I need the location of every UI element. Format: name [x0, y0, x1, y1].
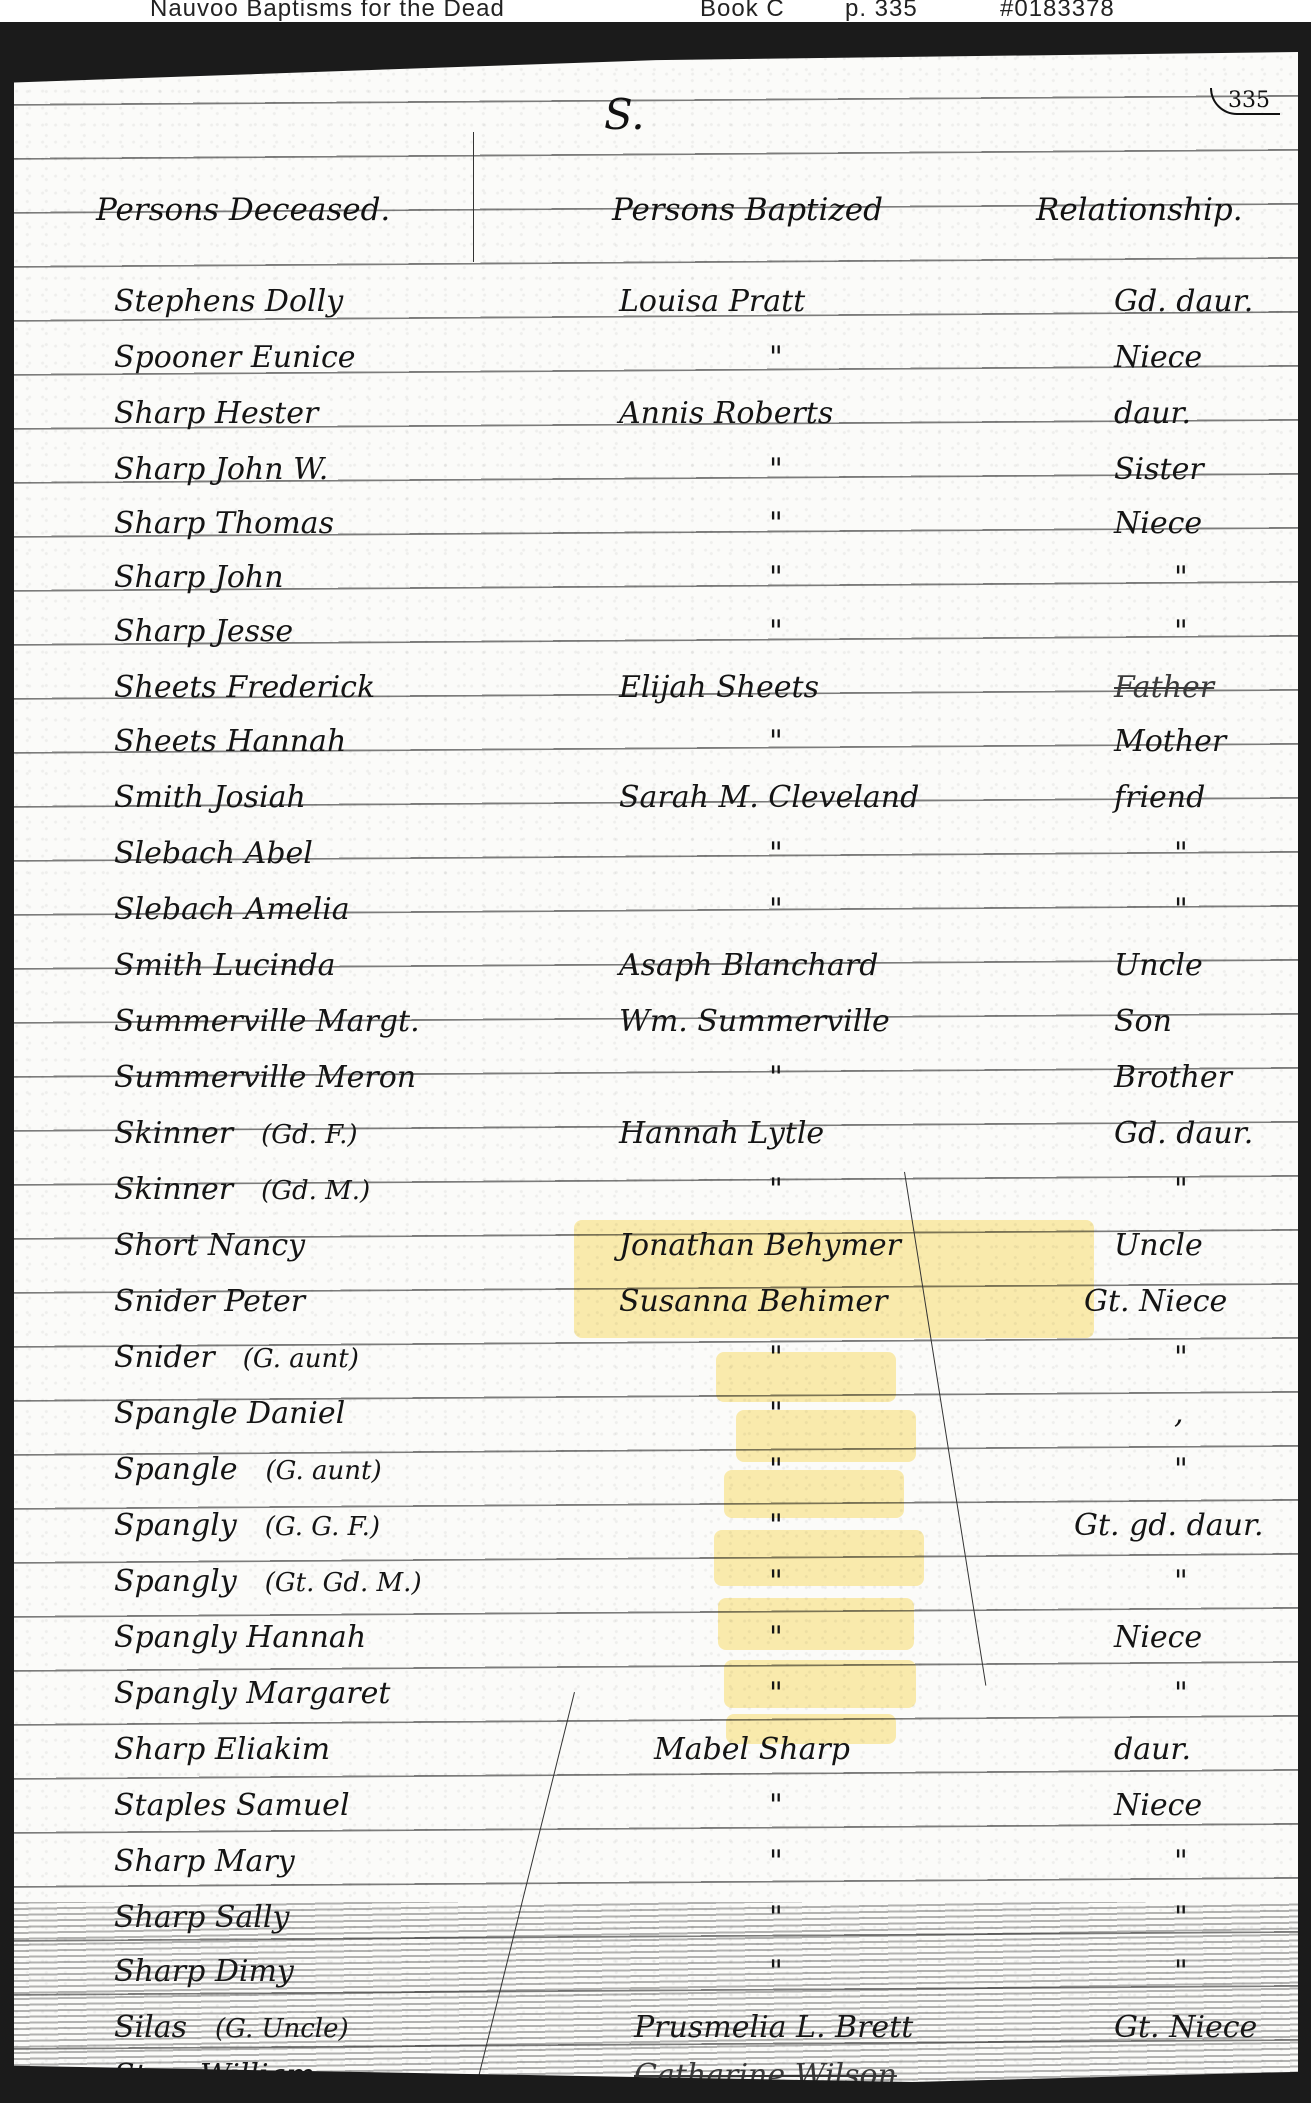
- deceased-name: Spangly(G. G. F.): [114, 1500, 380, 1553]
- baptized-name: ": [769, 1836, 783, 1888]
- ledger-row: Snider Peter Susanna Behimer Gt. Niece: [14, 1276, 1298, 1328]
- ledger-row: Sharp John " ": [14, 552, 1298, 604]
- deceased-name: Sharp John W.: [114, 444, 328, 496]
- baptized-name: ": [769, 1444, 783, 1496]
- deceased-name: Spangle Daniel: [114, 1388, 345, 1440]
- baptized-name: ": [769, 552, 783, 604]
- ledger-row: Slebach Abel " ": [14, 828, 1298, 880]
- ledger-row: Spangly(G. G. F.) " Gt. gd. daur.: [14, 1500, 1298, 1552]
- ledger-row: Skinner(Gd. F.) Hannah Lytle Gd. daur.: [14, 1108, 1298, 1160]
- baptized-name: Annis Roberts: [619, 388, 833, 440]
- baptized-name: ": [769, 498, 783, 550]
- relationship: daur.: [1114, 388, 1191, 440]
- ledger-row: Spangle Daniel " ,: [14, 1388, 1298, 1440]
- baptized-name: ": [769, 1164, 783, 1216]
- deceased-name: Spangle(G. aunt): [114, 1444, 382, 1497]
- relationship: Brother: [1114, 1052, 1232, 1104]
- relationship: ": [1174, 1946, 1188, 1998]
- ledger-row: Slebach Amelia " ": [14, 884, 1298, 936]
- ledger-row: Spangly Margaret " ": [14, 1668, 1298, 1720]
- ledger-row: Sharp Jesse " ": [14, 606, 1298, 658]
- baptized-name: ": [769, 444, 783, 496]
- deceased-name: Smith Lucinda: [114, 940, 336, 992]
- relationship: ": [1174, 1892, 1188, 1944]
- deceased-note: (Gt. Gd. M.): [265, 1568, 422, 1598]
- deceased-name: Silas(G. Uncle): [114, 2002, 349, 2055]
- deceased-name: Sharp Thomas: [114, 498, 334, 550]
- deceased-name: Sharp Jesse: [114, 606, 293, 658]
- relationship: Father: [1114, 662, 1214, 714]
- ledger-row: Spooner Eunice " Niece: [14, 332, 1298, 384]
- deceased-name: Sharp Eliakim: [114, 1724, 330, 1776]
- ledger-row: Sharp Dimy " ": [14, 1946, 1298, 1998]
- baptized-name: ": [769, 1668, 783, 1720]
- relationship: Son: [1114, 996, 1172, 1048]
- deceased-name: Sharp Dimy: [114, 1946, 294, 1998]
- deceased-name: Spangly Margaret: [114, 1668, 390, 1720]
- relationship: ": [1174, 1444, 1188, 1496]
- relationship: Gd. daur.: [1114, 1108, 1253, 1160]
- baptized-name: Susanna Behimer: [619, 1276, 887, 1328]
- deceased-name: Sheets Hannah: [114, 716, 346, 768]
- deceased-name: Skinner(Gd. M.): [114, 1164, 370, 1217]
- relationship: Uncle: [1114, 1220, 1203, 1272]
- baptized-name: Catharine Wilson: [634, 2050, 897, 2082]
- relationship: ": [1174, 1332, 1188, 1384]
- deceased-name: Summerville Meron: [114, 1052, 416, 1104]
- baptized-name: ": [769, 1946, 783, 1998]
- scanned-page: S. 335 Persons Deceased. Persons Baptize…: [0, 22, 1311, 2103]
- deceased-name: Stow William: [114, 2050, 315, 2082]
- ledger-row: Snider(G. aunt) " ": [14, 1332, 1298, 1384]
- relationship: Gt. Niece: [1084, 1276, 1227, 1328]
- baptized-name: Mabel Sharp: [654, 1724, 850, 1776]
- section-letter: S.: [604, 90, 645, 139]
- ledger-row: Sharp John W. " Sister: [14, 444, 1298, 496]
- baptized-name: ": [769, 1892, 783, 1944]
- ledger-row: Spangly Hannah " Niece: [14, 1612, 1298, 1664]
- column-divider: [473, 132, 474, 262]
- baptized-name: Sarah M. Cleveland: [619, 772, 919, 824]
- ledger-row: Short Nancy Jonathan Behymer Uncle: [14, 1220, 1298, 1272]
- baptized-name: ": [769, 1500, 783, 1552]
- baptized-name: ": [769, 1052, 783, 1104]
- relationship: Niece: [1114, 498, 1202, 550]
- ledger-row: Spangle(G. aunt) " ": [14, 1444, 1298, 1496]
- ledger-row: Sharp Mary " ": [14, 1836, 1298, 1888]
- baptized-name: ": [769, 884, 783, 936]
- ledger-row: Stow William Catharine Wilson: [14, 2050, 1298, 2082]
- deceased-name: Spooner Eunice: [114, 332, 356, 384]
- relationship: ": [1174, 884, 1188, 936]
- ledger-row: Skinner(Gd. M.) " ": [14, 1164, 1298, 1216]
- relationship: Uncle: [1114, 940, 1203, 992]
- deceased-name: Snider Peter: [114, 1276, 305, 1328]
- relationship: Gd. daur.: [1114, 276, 1253, 328]
- deceased-name: Sharp John: [114, 552, 284, 604]
- baptized-name: Asaph Blanchard: [619, 940, 878, 992]
- header-relationship: Relationship.: [1036, 192, 1243, 228]
- relationship: Mother: [1114, 716, 1226, 768]
- baptized-name: Jonathan Behymer: [619, 1220, 901, 1272]
- relationship: ": [1174, 1836, 1188, 1888]
- header-persons-deceased: Persons Deceased.: [96, 192, 390, 228]
- ledger-paper: S. 335 Persons Deceased. Persons Baptize…: [14, 52, 1298, 2082]
- baptized-name: ": [769, 1332, 783, 1384]
- deceased-note: (G. aunt): [266, 1456, 382, 1486]
- caption-title: Nauvoo Baptisms for the Dead: [150, 0, 505, 20]
- relationship: friend: [1114, 772, 1205, 824]
- baptized-name: Wm. Summerville: [619, 996, 890, 1048]
- relationship: ": [1174, 606, 1188, 658]
- caption-book: Book C: [700, 0, 785, 20]
- deceased-note: (Gd. F.): [261, 1120, 357, 1150]
- deceased-name: Sheets Frederick: [114, 662, 375, 714]
- deceased-note: (G. G. F.): [265, 1512, 380, 1542]
- ledger-row: Sharp Sally " ": [14, 1892, 1298, 1944]
- relationship: ": [1174, 552, 1188, 604]
- caption-page: p. 335: [845, 0, 918, 20]
- relationship: ,: [1174, 1388, 1184, 1440]
- deceased-note: (G. aunt): [243, 1344, 359, 1374]
- ledger-row: Stephens Dolly Louisa Pratt Gd. daur.: [14, 276, 1298, 328]
- baptized-name: ": [769, 606, 783, 658]
- relationship: ": [1174, 1164, 1188, 1216]
- ledger-row: Sharp Hester Annis Roberts daur.: [14, 388, 1298, 440]
- ledger-row: Sharp Thomas " Niece: [14, 498, 1298, 550]
- baptized-name: ": [769, 1388, 783, 1440]
- ledger-row: Staples Samuel " Niece: [14, 1780, 1298, 1832]
- deceased-name: Spangly Hannah: [114, 1612, 366, 1664]
- deceased-name: Smith Josiah: [114, 772, 306, 824]
- deceased-name: Spangly(Gt. Gd. M.): [114, 1556, 422, 1609]
- deceased-note: (G. Uncle): [215, 2014, 349, 2044]
- relationship: Niece: [1114, 1780, 1202, 1832]
- document-caption: Nauvoo Baptisms for the Dead Book C p. 3…: [0, 0, 1311, 22]
- ledger-row: Sheets Frederick Elijah Sheets Father: [14, 662, 1298, 714]
- baptized-name: ": [769, 1780, 783, 1832]
- deceased-name: Sharp Hester: [114, 388, 318, 440]
- relationship: Gt. gd. daur.: [1074, 1500, 1264, 1552]
- ledger-row: Spangly(Gt. Gd. M.) " ": [14, 1556, 1298, 1608]
- relationship: daur.: [1114, 1724, 1191, 1776]
- page-number: 335: [1210, 88, 1280, 115]
- ledger-row: Smith Josiah Sarah M. Cleveland friend: [14, 772, 1298, 824]
- deceased-name: Skinner(Gd. F.): [114, 1108, 358, 1161]
- deceased-name: Sharp Mary: [114, 1836, 295, 1888]
- deceased-name: Slebach Abel: [114, 828, 313, 880]
- baptized-name: ": [769, 828, 783, 880]
- deceased-name: Short Nancy: [114, 1220, 305, 1272]
- deceased-name: Summerville Margt.: [114, 996, 420, 1048]
- baptized-name: Hannah Lytle: [619, 1108, 824, 1160]
- baptized-name: ": [769, 1556, 783, 1608]
- relationship: ": [1174, 1668, 1188, 1720]
- baptized-name: Louisa Pratt: [619, 276, 805, 328]
- deceased-note: (Gd. M.): [261, 1176, 370, 1206]
- ledger-row: Sharp Eliakim Mabel Sharp daur.: [14, 1724, 1298, 1776]
- relationship: Niece: [1114, 332, 1202, 384]
- deceased-name: Staples Samuel: [114, 1780, 350, 1832]
- deceased-name: Snider(G. aunt): [114, 1332, 359, 1385]
- relationship: ": [1174, 828, 1188, 880]
- baptized-name: Elijah Sheets: [619, 662, 819, 714]
- caption-film-number: #0183378: [1000, 0, 1115, 20]
- deceased-name: Slebach Amelia: [114, 884, 350, 936]
- relationship: Gt. Niece: [1114, 2002, 1257, 2054]
- ledger-row: Summerville Margt. Wm. Summerville Son: [14, 996, 1298, 1048]
- ledger-row: Summerville Meron " Brother: [14, 1052, 1298, 1104]
- ledger-row: Sheets Hannah " Mother: [14, 716, 1298, 768]
- relationship: Sister: [1114, 444, 1204, 496]
- relationship: Niece: [1114, 1612, 1202, 1664]
- deceased-name: Sharp Sally: [114, 1892, 289, 1944]
- baptized-name: ": [769, 1612, 783, 1664]
- header-persons-baptized: Persons Baptized: [612, 192, 883, 228]
- deceased-name: Stephens Dolly: [114, 276, 343, 328]
- ledger-row: Silas(G. Uncle) Prusmelia L. Brett Gt. N…: [14, 2002, 1298, 2054]
- baptized-name: Prusmelia L. Brett: [634, 2002, 913, 2054]
- relationship: ": [1174, 1556, 1188, 1608]
- ledger-row: Smith Lucinda Asaph Blanchard Uncle: [14, 940, 1298, 992]
- baptized-name: ": [769, 332, 783, 384]
- baptized-name: ": [769, 716, 783, 768]
